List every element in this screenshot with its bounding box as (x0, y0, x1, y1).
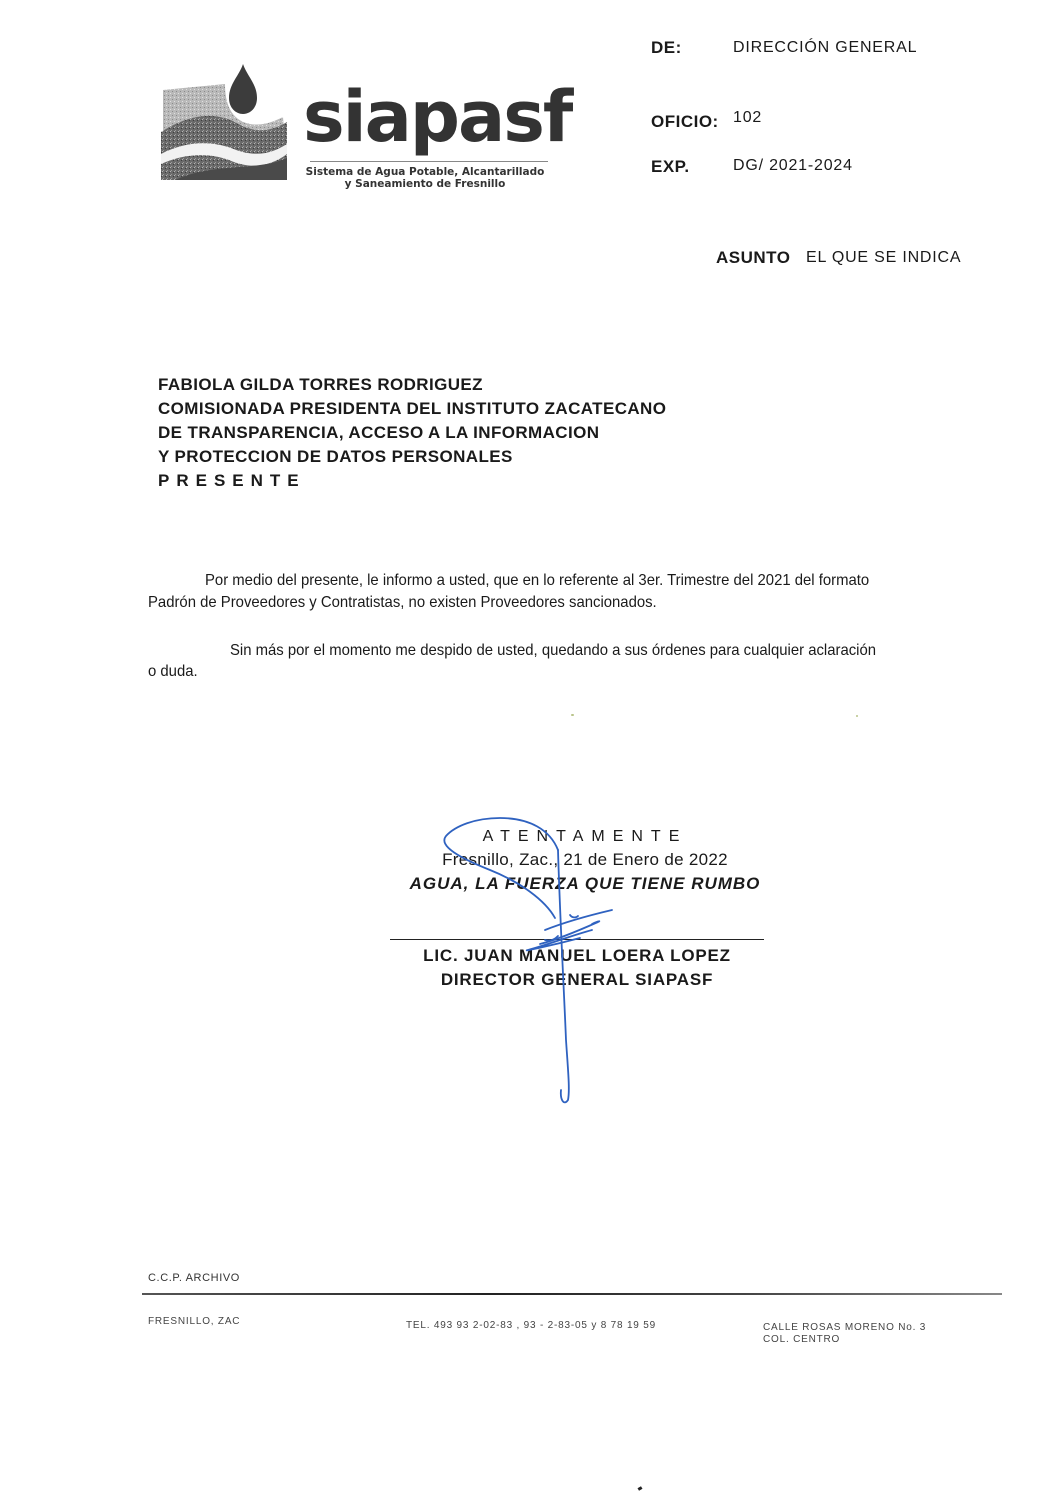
recipient-block: FABIOLA GILDA TORRES RODRIGUEZ COMISIONA… (158, 373, 666, 493)
recipient-title-line3: Y PROTECCION DE DATOS PERSONALES (158, 445, 666, 469)
scan-speck (856, 715, 858, 717)
oficio-label: OFICIO: (651, 112, 719, 132)
recipient-title-line2: DE TRANSPARENCIA, ACCESO A LA INFORMACIO… (158, 421, 666, 445)
asunto-label: ASUNTO (716, 248, 790, 268)
body-paragraph-1-line-2: Padrón de Proveedores y Contratistas, no… (148, 592, 657, 614)
asunto-value: EL QUE SE INDICA (806, 249, 961, 267)
exp-label: EXP. (651, 157, 690, 177)
recipient-title-line1: COMISIONADA PRESIDENTA DEL INSTITUTO ZAC… (158, 397, 666, 421)
body-paragraph-1-line-1: Por medio del presente, le informo a ust… (205, 570, 869, 592)
logo-divider (310, 161, 548, 162)
footer-address-line2: COL. CENTRO (763, 1334, 926, 1346)
exp-value: DG/ 2021-2024 (733, 157, 853, 175)
body-paragraph-2-line-1: Sin más por el momento me despido de ust… (230, 640, 876, 662)
de-value: DIRECCIÓN GENERAL (733, 39, 917, 57)
footer-phones: TEL. 493 93 2-02-83 , 93 - 2-83-05 y 8 7… (406, 1320, 656, 1332)
logo-subtitle-line1: Sistema de Agua Potable, Alcantarillado (295, 166, 555, 178)
footer-divider (142, 1293, 1002, 1295)
footer-city: FRESNILLO, ZAC (148, 1316, 240, 1328)
scan-speck (571, 714, 574, 716)
body-paragraph-2-line-2: o duda. (148, 661, 198, 683)
presente: PRESENTE (158, 469, 666, 493)
de-label: DE: (651, 38, 682, 58)
logo-subtitle: Sistema de Agua Potable, Alcantarillado … (295, 166, 555, 190)
water-drop-landscape-icon (155, 62, 305, 197)
ccp-archivo: C.C.P. ARCHIVO (148, 1272, 240, 1284)
logo-wordmark: siapasf (303, 82, 571, 152)
recipient-name: FABIOLA GILDA TORRES RODRIGUEZ (158, 373, 666, 397)
siapasf-logo: siapasf Sistema de Agua Potable, Alcanta… (155, 62, 555, 197)
footer-address: CALLE ROSAS MORENO No. 3 COL. CENTRO (763, 1322, 926, 1346)
oficio-value: 102 (733, 109, 762, 127)
handwritten-signature (380, 800, 700, 1110)
logo-subtitle-line2: y Saneamiento de Fresnillo (295, 178, 555, 190)
footer-address-line1: CALLE ROSAS MORENO No. 3 (763, 1322, 926, 1334)
scan-mark (638, 1486, 643, 1491)
